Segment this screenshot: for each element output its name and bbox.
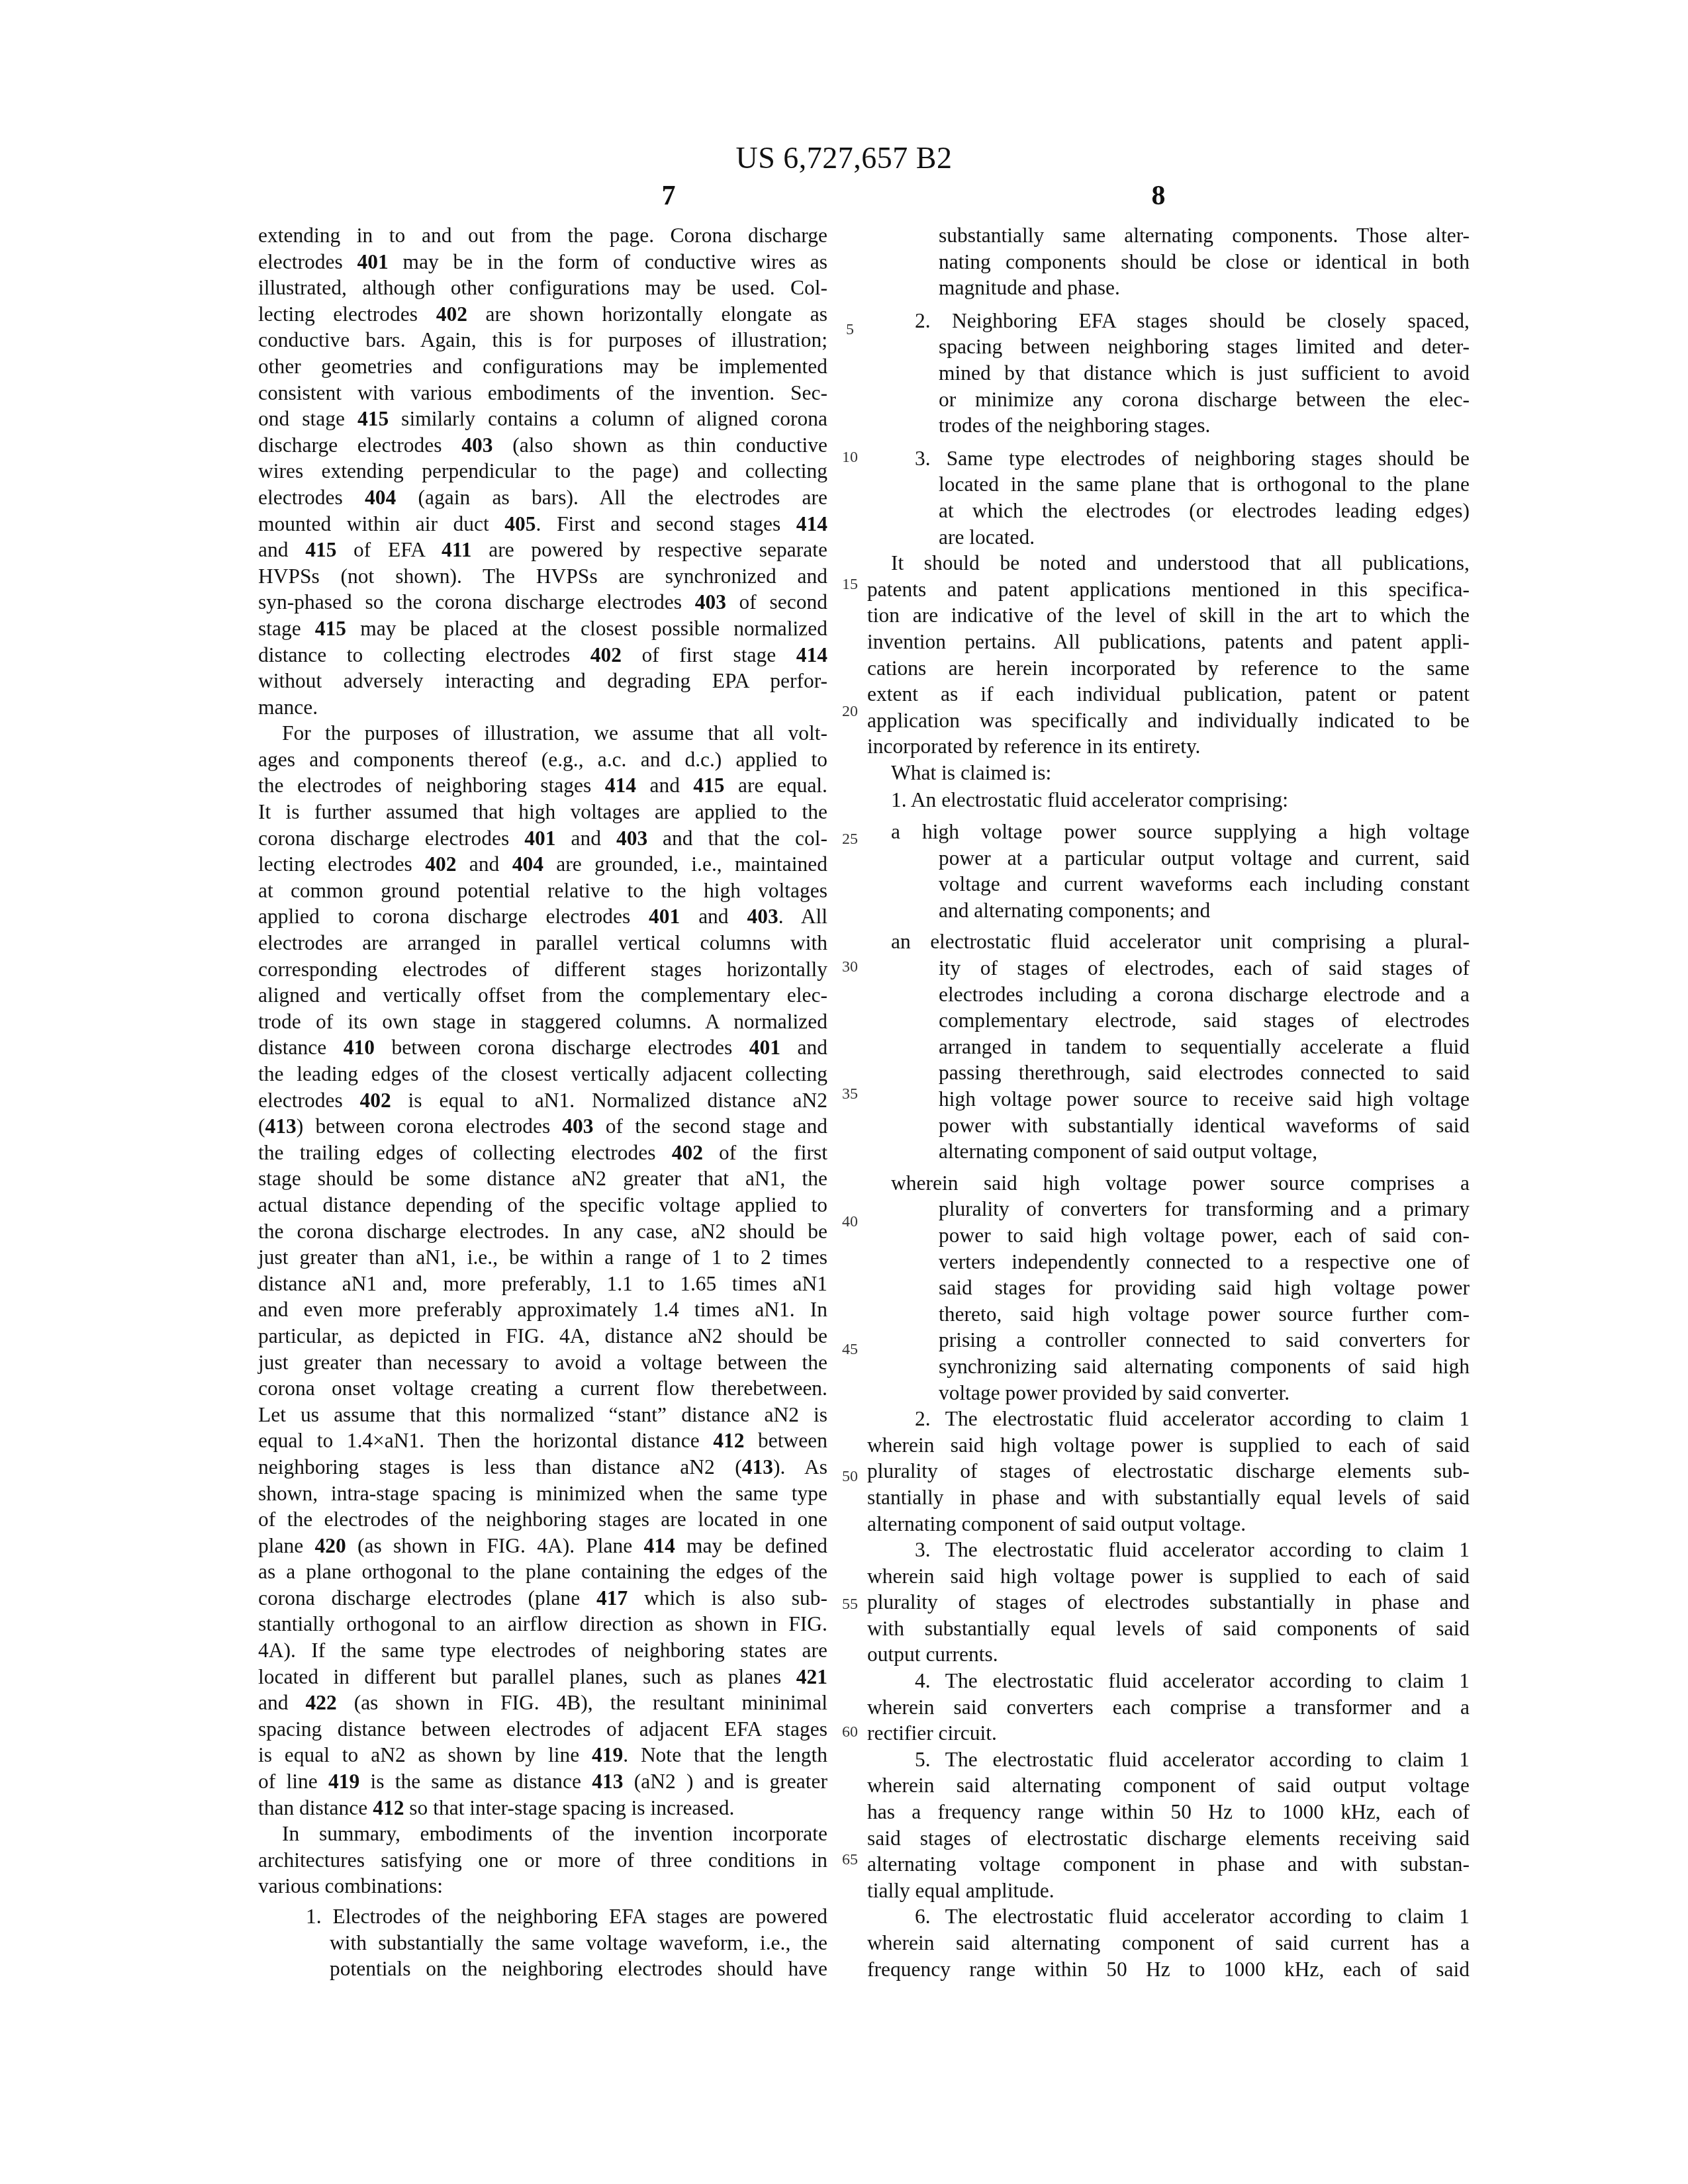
line-number: 35 <box>835 1085 865 1103</box>
right-column: substantially same alternating component… <box>867 222 1470 1982</box>
text-line: wherein said high voltage power is suppl… <box>867 1432 1470 1459</box>
text-line: with substantially equal levels of said … <box>867 1615 1470 1642</box>
text-line: cations are herein incorporated by refer… <box>867 655 1470 682</box>
text-line: and 422 (as shown in FIG. 4B), the resul… <box>258 1690 827 1716</box>
text-line: synchronizing said alternating component… <box>867 1353 1470 1380</box>
text-line: application was specifically and individ… <box>867 707 1470 734</box>
line-number: 15 <box>835 576 865 594</box>
text-line: arranged in tandem to sequentially accel… <box>867 1034 1470 1060</box>
text-line: illustrated, although other configuratio… <box>258 275 827 301</box>
text-line: consistent with various embodiments of t… <box>258 380 827 406</box>
patent-number: US 6,727,657 B2 <box>0 140 1688 175</box>
text-line: is equal to aN2 as shown by line 419. No… <box>258 1742 827 1768</box>
text-line: output currents. <box>867 1641 1470 1668</box>
text-line: of the electrodes of the neighboring sta… <box>258 1506 827 1533</box>
text-line: Let us assume that this normalized “stan… <box>258 1402 827 1428</box>
text-line: extending in to and out from the page. C… <box>258 222 827 249</box>
text-line: passing therethrough, said electrodes co… <box>867 1060 1470 1086</box>
text-line: and 415 of EFA 411 are powered by respec… <box>258 537 827 563</box>
text-line: high voltage power source to receive sai… <box>867 1086 1470 1113</box>
text-line: nating components should be close or ide… <box>867 249 1470 275</box>
text-line: corona onset voltage creating a current … <box>258 1375 827 1402</box>
text-line: ond stage 415 similarly contains a colum… <box>258 406 827 432</box>
text-line: a high voltage power source supplying a … <box>867 819 1470 845</box>
text-line: plurality of stages of electrostatic dis… <box>867 1458 1470 1484</box>
text-line: just greater than necessary to avoid a v… <box>258 1349 827 1376</box>
text-line: the leading edges of the closest vertica… <box>258 1061 827 1087</box>
text-line: What is claimed is: <box>867 760 1470 786</box>
text-line: verters independently connected to a res… <box>867 1249 1470 1275</box>
text-line: ity of stages of electrodes, each of sai… <box>867 955 1470 981</box>
text-line: stage should be some distance aN2 greate… <box>258 1165 827 1192</box>
text-line: 4. The electrostatic fluid accelerator a… <box>867 1668 1470 1694</box>
text-line: and even more preferably approximately 1… <box>258 1297 827 1323</box>
text-line: (413) between corona electrodes 403 of t… <box>258 1113 827 1140</box>
text-line: plane 420 (as shown in FIG. 4A). Plane 4… <box>258 1533 827 1559</box>
text-line: 3. The electrostatic fluid accelerator a… <box>867 1537 1470 1563</box>
line-number: 45 <box>835 1341 865 1359</box>
text-line: alternating voltage component in phase a… <box>867 1851 1470 1878</box>
text-line: at which the electrodes (or electrodes l… <box>867 498 1470 524</box>
text-line: located in the same plane that is orthog… <box>867 471 1470 498</box>
text-line: are located. <box>867 524 1470 551</box>
text-line: prising a controller connected to said c… <box>867 1327 1470 1353</box>
text-line: 3. Same type electrodes of neighboring s… <box>867 445 1470 472</box>
text-line: shown, intra-stage spacing is minimized … <box>258 1480 827 1507</box>
text-line: power at a particular output voltage and… <box>867 845 1470 872</box>
text-line: 6. The electrostatic fluid accelerator a… <box>867 1903 1470 1930</box>
text-line: stantially orthogonal to an airflow dire… <box>258 1611 827 1637</box>
text-line: electrodes are arranged in parallel vert… <box>258 930 827 956</box>
text-line: trodes of the neighboring stages. <box>867 412 1470 439</box>
text-line: 2. Neighboring EFA stages should be clos… <box>867 308 1470 334</box>
line-number: 40 <box>835 1213 865 1231</box>
text-line: conductive bars. Again, this is for purp… <box>258 327 827 353</box>
text-line: of line 419 is the same as distance 413 … <box>258 1768 827 1795</box>
text-line: power with substantially identical wavef… <box>867 1113 1470 1139</box>
text-line: located in different but parallel planes… <box>258 1664 827 1690</box>
text-line: power to said high voltage power, each o… <box>867 1222 1470 1249</box>
text-line: It is further assumed that high voltages… <box>258 799 827 825</box>
text-line: the trailing edges of collecting electro… <box>258 1140 827 1166</box>
text-line: stantially in phase and with substantial… <box>867 1484 1470 1511</box>
text-line: In summary, embodiments of the invention… <box>258 1821 827 1847</box>
text-line: HVPSs (not shown). The HVPSs are synchro… <box>258 563 827 590</box>
text-line: as a plane orthogonal to the plane conta… <box>258 1559 827 1585</box>
text-line: invention pertains. All publications, pa… <box>867 629 1470 655</box>
text-line: lecting electrodes 402 and 404 are groun… <box>258 851 827 878</box>
text-line: said stages of electrostatic discharge e… <box>867 1825 1470 1852</box>
text-line: complementary electrode, said stages of … <box>867 1007 1470 1034</box>
text-line: corona discharge electrodes 401 and 403 … <box>258 825 827 852</box>
text-line: wherein said high voltage power is suppl… <box>867 1563 1470 1590</box>
text-line: For the purposes of illustration, we ass… <box>258 720 827 747</box>
text-line: rectifier circuit. <box>867 1720 1470 1747</box>
text-line: various combinations: <box>258 1873 827 1899</box>
text-line: ages and components thereof (e.g., a.c. … <box>258 747 827 773</box>
text-line: alternating component of said output vol… <box>867 1138 1470 1165</box>
text-line: wherein said alternating component of sa… <box>867 1930 1470 1956</box>
line-number: 10 <box>835 449 865 467</box>
text-line: 4A). If the same type electrodes of neig… <box>258 1637 827 1664</box>
text-line: has a frequency range within 50 Hz to 10… <box>867 1799 1470 1825</box>
text-line: an electrostatic fluid accelerator unit … <box>867 929 1470 955</box>
text-line: patents and patent applications mentione… <box>867 576 1470 603</box>
text-line: 1. Electrodes of the neighboring EFA sta… <box>258 1903 827 1930</box>
text-line: distance to collecting electrodes 402 of… <box>258 642 827 668</box>
text-line: plurality of converters for transforming… <box>867 1196 1470 1222</box>
text-line: plurality of stages of electrodes substa… <box>867 1589 1470 1615</box>
text-line: wherein said alternating component of sa… <box>867 1772 1470 1799</box>
text-line: tion are indicative of the level of skil… <box>867 602 1470 629</box>
text-line: with substantially the same voltage wave… <box>258 1930 827 1956</box>
line-number: 65 <box>835 1851 865 1869</box>
text-line: lecting electrodes 402 are shown horizon… <box>258 301 827 328</box>
text-line: without adversely interacting and degrad… <box>258 668 827 694</box>
text-line: actual distance depending of the specifi… <box>258 1192 827 1218</box>
text-line: frequency range within 50 Hz to 1000 kHz… <box>867 1956 1470 1983</box>
text-line: particular, as depicted in FIG. 4A, dist… <box>258 1323 827 1349</box>
text-line: and alternating components; and <box>867 897 1470 924</box>
line-number: 60 <box>835 1723 865 1741</box>
line-number: 55 <box>835 1596 865 1614</box>
text-line: mounted within air duct 405. First and s… <box>258 511 827 537</box>
line-number: 25 <box>835 831 865 848</box>
text-line: syn-phased so the corona discharge elect… <box>258 589 827 615</box>
text-line: electrodes 402 is equal to aN1. Normaliz… <box>258 1087 827 1114</box>
text-line: equal to 1.4×aN1. Then the horizontal di… <box>258 1428 827 1454</box>
text-line: 1. An electrostatic fluid accelerator co… <box>867 787 1470 813</box>
text-line: tially equal amplitude. <box>867 1878 1470 1904</box>
text-line: neighboring stages is less than distance… <box>258 1454 827 1480</box>
text-line: than distance 412 so that inter-stage sp… <box>258 1795 827 1821</box>
line-number: 5 <box>835 321 865 339</box>
text-line: electrodes 404 (again as bars). All the … <box>258 484 827 511</box>
text-line: discharge electrodes 403 (also shown as … <box>258 432 827 459</box>
text-line: thereto, said high voltage power source … <box>867 1301 1470 1328</box>
text-line: architectures satisfying one or more of … <box>258 1847 827 1874</box>
line-number: 30 <box>835 958 865 976</box>
text-line: spacing distance between electrodes of a… <box>258 1716 827 1743</box>
text-line: distance aN1 and, more preferably, 1.1 t… <box>258 1271 827 1297</box>
text-line: mance. <box>258 694 827 721</box>
text-line: at common ground potential relative to t… <box>258 878 827 904</box>
text-line: other geometries and configurations may … <box>258 353 827 380</box>
text-line: distance 410 between corona discharge el… <box>258 1034 827 1061</box>
text-line: applied to corona discharge electrodes 4… <box>258 903 827 930</box>
text-line: said stages for providing said high volt… <box>867 1275 1470 1301</box>
text-line: just greater than aN1, i.e., be within a… <box>258 1244 827 1271</box>
text-line: 5. The electrostatic fluid accelerator a… <box>867 1747 1470 1773</box>
text-line: alternating component of said output vol… <box>867 1511 1470 1537</box>
column-number-left: 7 <box>649 180 688 212</box>
text-line: spacing between neighboring stages limit… <box>867 334 1470 360</box>
text-line: extent as if each individual publication… <box>867 681 1470 707</box>
text-line: 2. The electrostatic fluid accelerator a… <box>867 1406 1470 1432</box>
text-line: trode of its own stage in staggered colu… <box>258 1009 827 1035</box>
text-line: potentials on the neighboring electrodes… <box>258 1956 827 1982</box>
text-line: mined by that distance which is just suf… <box>867 360 1470 387</box>
text-line: substantially same alternating component… <box>867 222 1470 249</box>
text-line: wherein said high voltage power source c… <box>867 1170 1470 1197</box>
text-line: aligned and vertically offset from the c… <box>258 982 827 1009</box>
text-line: electrodes 401 may be in the form of con… <box>258 249 827 275</box>
column-number-right: 8 <box>1139 180 1178 212</box>
line-number: 50 <box>835 1468 865 1486</box>
text-line: voltage and current waveforms each inclu… <box>867 871 1470 897</box>
text-line: incorporated by reference in its entiret… <box>867 733 1470 760</box>
text-line: It should be noted and understood that a… <box>867 550 1470 576</box>
text-line: magnitude and phase. <box>867 275 1470 301</box>
text-line: the corona discharge electrodes. In any … <box>258 1218 827 1245</box>
left-column: extending in to and out from the page. C… <box>258 222 827 1982</box>
text-line: wires extending perpendicular to the pag… <box>258 458 827 484</box>
text-line: corona discharge electrodes (plane 417 w… <box>258 1585 827 1612</box>
text-line: the electrodes of neighboring stages 414… <box>258 772 827 799</box>
line-number: 20 <box>835 703 865 721</box>
text-line: electrodes including a corona discharge … <box>867 981 1470 1008</box>
text-line: corresponding electrodes of different st… <box>258 956 827 983</box>
text-line: wherein said converters each comprise a … <box>867 1694 1470 1721</box>
text-line: voltage power provided by said converter… <box>867 1380 1470 1406</box>
text-line: or minimize any corona discharge between… <box>867 387 1470 413</box>
text-line: stage 415 may be placed at the closest p… <box>258 615 827 642</box>
